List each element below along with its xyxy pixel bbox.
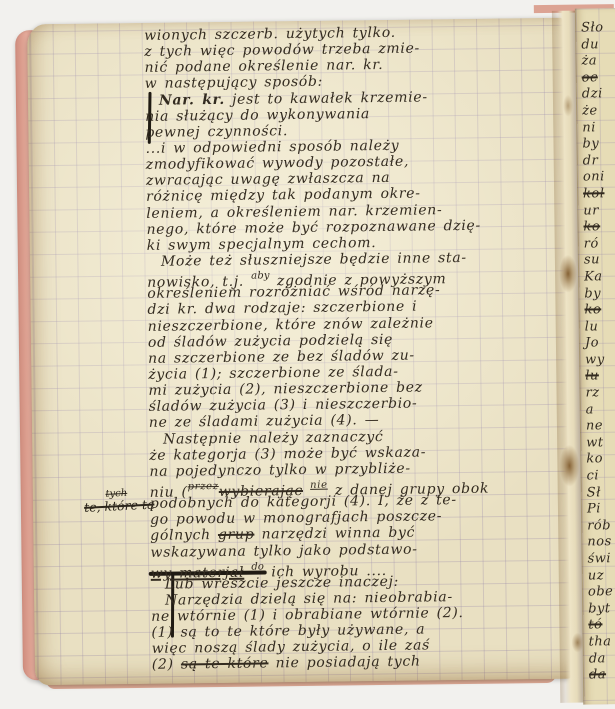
handwriting-segment: jest to kawałek krzemie- (225, 89, 428, 107)
handwriting-segment: nia służący do wykonywania (145, 106, 370, 125)
right-page-line-fragment: Sło (581, 20, 607, 37)
right-page-line-fragment: ni (582, 120, 608, 137)
margin-note: tych te, które tą (83, 487, 154, 514)
handwriting-segment: przez (188, 481, 219, 492)
right-page-line-fragment: ko (584, 302, 610, 319)
right-page-line-fragment: ró (584, 236, 610, 253)
right-page-line-fragment: obe (588, 584, 614, 601)
right-page-line-fragment: uz (588, 568, 614, 585)
handwriting-segment: do (251, 561, 264, 572)
right-page-line-fragment: su (584, 253, 610, 270)
right-page-line-fragment: lu (585, 369, 611, 386)
right-page-line-fragment: lu (585, 319, 611, 336)
right-page-line-fragment: oc (582, 70, 608, 87)
handwriting-segment: aby (251, 270, 270, 281)
handwriting-segment: grup (218, 527, 255, 543)
stain (559, 255, 577, 293)
right-page-line-fragment: du (581, 37, 607, 54)
handwriting-segment: pewnej czynności. (145, 123, 288, 141)
handwriting-segment: nie (310, 480, 328, 491)
right-page-line-fragment: ur (583, 203, 609, 220)
margin-note-text: te, które tą (84, 499, 155, 514)
right-page-line-fragment: ża (581, 53, 607, 70)
right-page-line-fragment: a (586, 402, 612, 419)
handwriting-segment: są te które (181, 656, 269, 673)
right-page-line-fragment: ko (583, 219, 609, 236)
right-page-line-fragment: nos (587, 535, 613, 552)
handwriting-segment: nić podane określenie nar. kr. (144, 57, 383, 76)
right-page-line-fragment: by (582, 136, 608, 153)
right-page-line-fragment: ci (586, 468, 612, 485)
right-page-line-fragment: wy (585, 352, 611, 369)
handwriting-segment: narzędzi winna być (254, 525, 415, 543)
right-page-line-fragment: kol (583, 186, 609, 203)
right-page-line-fragment: świ (587, 551, 613, 568)
notebook: tych te, które tą wionych szczerb. użyty… (0, 0, 615, 709)
right-page-line-fragment: Jo (585, 335, 611, 352)
right-page-line-fragment: rób (587, 518, 613, 535)
right-page-line-fragment: ko (586, 452, 612, 469)
right-page-line-fragment: oni (583, 170, 609, 187)
handwriting-segment: nie posiadają tych (268, 654, 420, 672)
right-page-line-fragment: ne (586, 418, 612, 435)
right-page-line-fragment: wt (586, 435, 612, 452)
right-page-line-fragment: że (582, 103, 608, 120)
handwriting-segment: (2) (152, 657, 181, 673)
photo-background: tych te, które tą wionych szczerb. użyty… (0, 0, 615, 709)
right-page-line-fragment: da (589, 667, 615, 684)
right-page-line-fragment: by (584, 286, 610, 303)
right-page-line-fragment: tó (588, 618, 614, 635)
handwritten-lines: wionych szczerb. użytych tylko.z tych wi… (144, 23, 562, 674)
handwriting-segment: w następujący sposób: (145, 74, 324, 92)
stain (559, 445, 580, 487)
right-page-line-fragment: tha (588, 634, 614, 651)
right-page-line-fragment: rz (585, 385, 611, 402)
right-page-line-fragment: Sł (587, 485, 613, 502)
handwriting-segment: Nar. kr. (159, 91, 225, 108)
right-page-line-fragment: byt (588, 601, 614, 618)
stain (563, 95, 573, 117)
right-page-line-fragment: dzi (582, 87, 608, 104)
right-page-line-fragment: Ka (584, 269, 610, 286)
right-page-line-fragment: da (589, 651, 615, 668)
handwriting-segment: gólnych (150, 527, 218, 544)
right-page-line-fragment: Pi (587, 501, 613, 518)
right-page-line-fragment: dr (583, 153, 609, 170)
